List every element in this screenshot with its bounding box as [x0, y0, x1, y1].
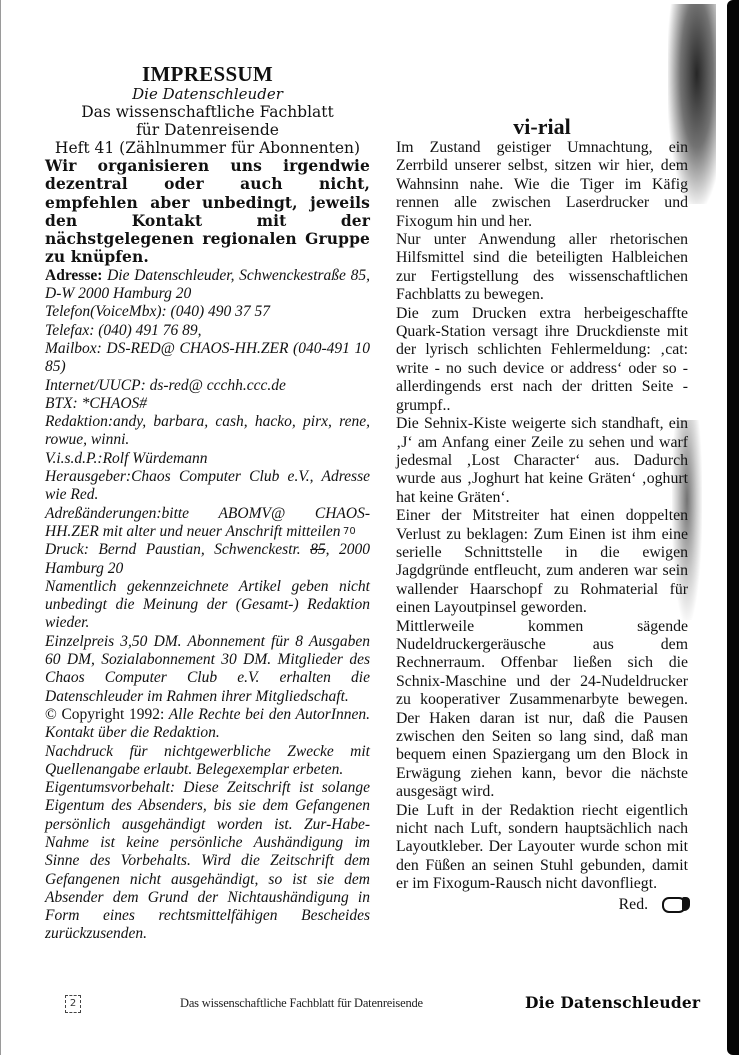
tagline-line-2: für Datenreisende: [45, 121, 370, 139]
impressum-column: IMPRESSUM Die Datenschleuder Das wissens…: [45, 62, 370, 944]
disclaimer-text: Namentlich gekennzeichnete Artikel geben…: [45, 578, 370, 633]
btx-entry: BTX: *CHAOS#: [45, 395, 370, 413]
page-number: 2: [65, 995, 81, 1013]
print-entry: Druck: Bernd Paustian, Schwenckestr. 85,…: [45, 541, 370, 578]
reprint-text: Nachdruck für nichtgewerbliche Zwecke mi…: [45, 743, 370, 780]
editorial-column: vi-rial Im Zustand geistiger Umnachtung,…: [396, 116, 688, 914]
editorial-paragraph: Nur unter Anwendung aller rhetorischen H…: [396, 231, 688, 305]
editorial-paragraph: Die zum Drucken extra herbeigeschaffte Q…: [396, 305, 688, 415]
impressum-title: IMPRESSUM: [45, 62, 370, 86]
address-label: Adresse:: [45, 267, 102, 284]
publisher-entry: Herausgeber:Chaos Computer Club e.V., Ad…: [45, 468, 370, 505]
scan-left-edge: [0, 0, 1, 1055]
ownership-text: Eigentumsvorbehalt: Diese Zeitschrift is…: [45, 779, 370, 944]
issue-number: Heft 41 (Zählnummer für Abonnenten): [45, 139, 370, 157]
fax-entry: Telefax: (040) 491 76 89,: [45, 322, 370, 340]
footer-tagline: Das wissenschaftliche Fachblatt für Date…: [180, 996, 423, 1011]
tagline-line-1: Das wissenschaftliche Fachblatt: [45, 103, 370, 121]
copyright-text: © Copyright 1992: Alle Rechte bei den Au…: [45, 706, 370, 743]
editorial-paragraph: Einer der Mitstreiter hat einen doppelte…: [396, 507, 688, 617]
publication-name: Die Datenschleuder: [45, 86, 370, 103]
page-footer: 2 Das wissenschaftliche Fachblatt für Da…: [0, 995, 739, 1017]
editors-entry: Redaktion:andy, barbara, cash, hacko, pi…: [45, 413, 370, 450]
copyright-icon: ©: [45, 706, 57, 723]
intro-text: Wir organisieren uns irgendwie dezentral…: [45, 157, 370, 267]
phone-entry: Telefon(VoiceMbx): (040) 490 37 57: [45, 303, 370, 321]
editorial-signature: Red.: [396, 896, 688, 914]
editorial-paragraph: Die Luft in der Redaktion riecht eigentl…: [396, 802, 688, 894]
address-entry: Adresse: Die Datenschleuder, Schwenckest…: [45, 267, 370, 304]
mailbox-entry: Mailbox: DS-RED@ CHAOS-HH.ZER (040-491 1…: [45, 340, 370, 377]
address-change-entry: Adreßänderungen:bitte ABOMV@ CHAOS-HH.ZE…: [45, 505, 370, 542]
editorial-paragraph: Mittlerweile kommen sägende Nudeldrucker…: [396, 618, 688, 802]
pricing-text: Einzelpreis 3,50 DM. Abonnement für 8 Au…: [45, 633, 370, 706]
scan-right-border: [727, 0, 739, 1055]
footer-brand-logo: Die Datenschleuder: [525, 993, 700, 1012]
handwritten-correction: 70: [343, 526, 356, 537]
visdp-entry: V.i.s.d.P.:Rolf Würdemann: [45, 450, 370, 468]
editorial-paragraph: Im Zustand geistiger Umnachtung, ein Zer…: [396, 139, 688, 231]
editorial-title: vi-rial: [396, 116, 688, 138]
chaos-knot-logo-icon: [662, 897, 686, 913]
internet-entry: Internet/UUCP: ds-red@ ccchh.ccc.de: [45, 377, 370, 395]
struck-house-number: 85: [310, 541, 326, 558]
editorial-paragraph: Die Sehnix-Kiste weigerte sich standhaft…: [396, 415, 688, 507]
